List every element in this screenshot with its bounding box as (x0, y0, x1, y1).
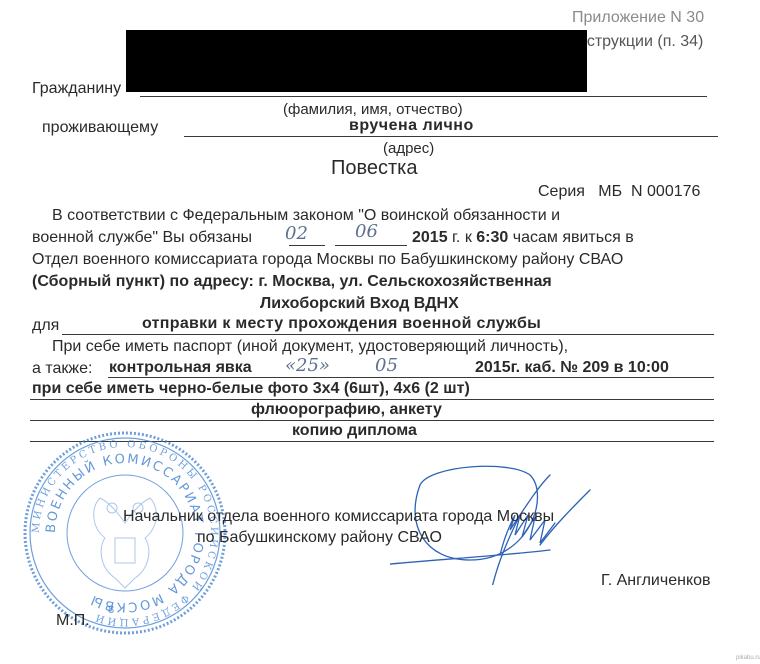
svg-text:ВОЕННЫЙ КОМИССАРИАТ ГОРОДА МОС: ВОЕННЫЙ КОМИССАРИАТ ГОРОДА МОСКВЫ (44, 452, 206, 614)
handwritten-month: 06 (355, 221, 378, 242)
handwritten-control-day: «25» (285, 355, 330, 376)
control-details: 2015г. каб. № 209 в 10:00 (475, 359, 669, 377)
watermark: pikabu.ru (736, 655, 760, 661)
series-number: N 000176 (631, 183, 700, 200)
extra-item-photos: при себе иметь черно-белые фото 3х4 (6шт… (32, 380, 470, 398)
signer-name: Г. Англиченков (601, 572, 711, 590)
name-underline (140, 96, 707, 97)
extra-underline-1 (30, 399, 714, 400)
stamp-inner-text: ВОЕННЫЙ КОМИССАРИАТ ГОРОДА МОСКВЫ (44, 452, 206, 614)
series-label: Серия (538, 183, 585, 200)
seal-place-label: М.П. (56, 612, 90, 630)
address-value: вручена лично (349, 117, 474, 135)
extra-item-fluoro: флюорографию, анкету (251, 401, 442, 419)
address-caption: (адрес) (383, 140, 434, 157)
body-line-3: Отдел военного комиссариата города Москв… (32, 251, 623, 269)
address-underline (184, 136, 718, 137)
series-block: Серия МБ N 000176 (538, 183, 700, 201)
stamp-number: 8 (108, 604, 114, 616)
year-suffix: г. к (448, 229, 477, 246)
day-underline (289, 245, 325, 246)
document-title: Повестка (331, 157, 418, 180)
purpose-label: для (32, 317, 59, 335)
control-label: контрольная явка (109, 359, 252, 377)
control-underline (108, 377, 714, 378)
body-line-5: Лихоборский Вход ВДНХ (260, 295, 459, 313)
name-caption: (фамилия, имя, отчество) (283, 101, 463, 118)
citizen-label: Гражданину (32, 80, 121, 98)
extra-underline-2 (30, 420, 714, 421)
year: 2015 (412, 229, 448, 246)
chief-position-line-2: по Бабушкинскому району СВАО (197, 529, 442, 547)
purpose-underline (62, 334, 714, 335)
appendix-number: Приложение N 30 (572, 9, 704, 27)
handwritten-control-month: 05 (375, 355, 398, 376)
instruction-reference: нструкции (п. 34) (578, 33, 703, 51)
passport-line: При себе иметь паспорт (иной документ, у… (52, 338, 568, 356)
extra-item-diploma: копию диплома (292, 422, 417, 440)
body-line-2-tail: часам явиться в (508, 229, 633, 246)
body-line-4: (Сборный пункт) по адресу: г. Москва, ул… (32, 273, 552, 291)
handwritten-day: 02 (285, 223, 308, 244)
body-line-2-suffix: 2015 г. к 6:30 часам явиться в (412, 229, 634, 247)
residing-label: проживающему (42, 119, 158, 137)
chief-position-line-1: Начальник отдела военного комиссариата г… (123, 508, 554, 526)
appearance-time: 6:30 (476, 229, 508, 246)
series-code: МБ (598, 183, 622, 200)
redacted-name-box (126, 30, 587, 92)
purpose-value: отправки к месту прохождения военной слу… (142, 315, 541, 333)
also-label: а также: (32, 360, 92, 378)
month-underline (335, 245, 407, 246)
body-line-2-prefix: военной службе" Вы обязаны (32, 229, 252, 247)
